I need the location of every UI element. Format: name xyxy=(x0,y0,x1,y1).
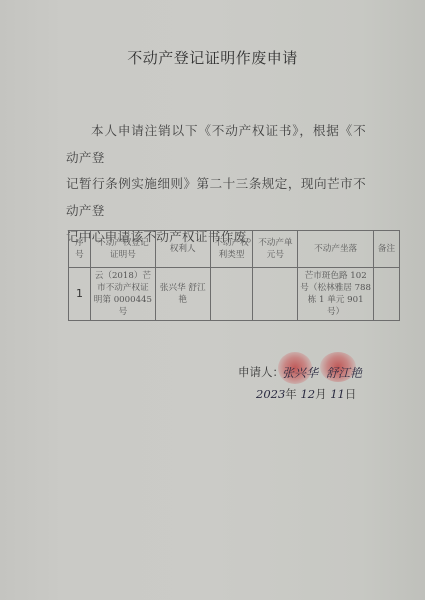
header-owners: 权利人 xyxy=(155,231,210,268)
signature-block: 申请人： 张兴华 舒江艳 2023年 12月 11日 xyxy=(238,358,408,408)
header-seq: 序号 xyxy=(69,231,91,268)
cell-unit-no xyxy=(253,268,298,321)
scanned-document-page: 不动产登记证明作废申请 本人申请注销以下《不动产权证书》，根据《不动产登 记暂行… xyxy=(0,0,425,600)
cell-location: 芒市斑色路 102 号（松林雅居 788 栋 1 单元 901 号） xyxy=(298,268,374,321)
cell-cert-no: 云（2018）芒市不动产权证明第 0000445 号 xyxy=(90,268,155,321)
handwritten-signature-1: 张兴华 xyxy=(282,364,318,381)
handwritten-signature-2: 舒江艳 xyxy=(326,364,362,381)
table-header-row: 序号 不动产权登记证明号 权利人 不动产权利类型 不动产单元号 不动产坐落 备注 xyxy=(69,231,400,268)
header-right-type: 不动产权利类型 xyxy=(210,231,253,268)
date-day-suffix: 日 xyxy=(345,387,357,401)
date-year: 2023 xyxy=(256,387,285,401)
signature-date: 2023年 12月 11日 xyxy=(256,386,356,402)
cell-seq: 1 xyxy=(69,268,91,321)
header-cert-no: 不动产权登记证明号 xyxy=(90,231,155,268)
date-month-suffix: 月 xyxy=(315,387,327,401)
table-row: 1 云（2018）芒市不动产权证明第 0000445 号 张兴华 舒江艳 芒市斑… xyxy=(69,268,400,321)
cell-remarks xyxy=(374,268,400,321)
date-month: 12 xyxy=(300,387,315,401)
body-line-2: 记暂行条例实施细则》第二十三条规定，现向芒市不动产登 xyxy=(66,171,366,224)
body-line-1: 本人申请注销以下《不动产权证书》，根据《不动产登 xyxy=(66,118,366,171)
header-location: 不动产坐落 xyxy=(298,231,374,268)
header-remarks: 备注 xyxy=(374,231,400,268)
cell-right-type xyxy=(210,268,253,321)
date-year-suffix: 年 xyxy=(285,387,297,401)
header-unit-no: 不动产单元号 xyxy=(253,231,298,268)
certificate-table: 序号 不动产权登记证明号 权利人 不动产权利类型 不动产单元号 不动产坐落 备注… xyxy=(68,230,400,321)
cell-owners: 张兴华 舒江艳 xyxy=(155,268,210,321)
document-title: 不动产登记证明作废申请 xyxy=(0,47,425,68)
date-day: 11 xyxy=(330,387,345,401)
